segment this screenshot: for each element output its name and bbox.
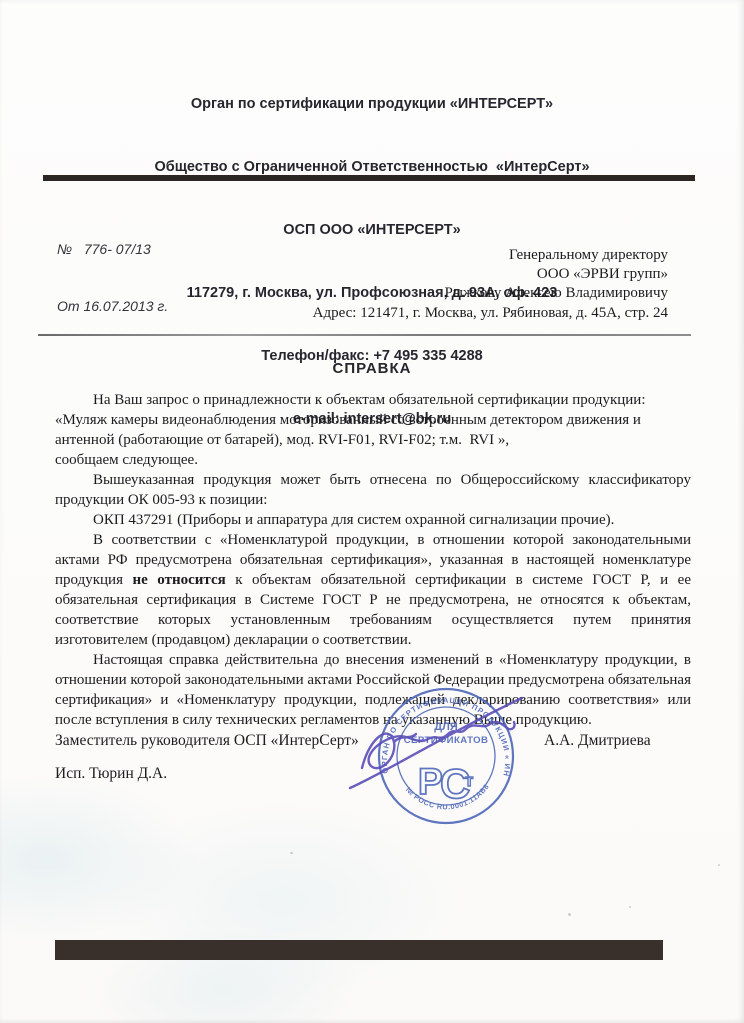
body-paragraph-1-line: «Муляж камеры видеонаблюдения моторизова… xyxy=(55,410,691,430)
letterhead-divider-bar xyxy=(43,175,695,181)
body-paragraph-3: ОКП 437291 (Приборы и аппаратура для сис… xyxy=(55,510,691,530)
reference-date: От 16.07.2013 г. xyxy=(57,297,168,316)
body-paragraph-1-line: сообщаем следующее. xyxy=(55,450,691,470)
body-paragraph-2: Вышеуказанная продукция может быть отнес… xyxy=(55,470,691,510)
document-body: На Ваш запрос о принадлежности к объекта… xyxy=(55,390,691,730)
signer-name: А.А. Дмитриева xyxy=(544,732,651,750)
recipient-line: ООО «ЭРВИ групп» xyxy=(313,265,668,284)
org-name-line: Орган по сертификации продукции «ИНТЕРСЕ… xyxy=(0,94,744,115)
recipient-address: Адрес: 121471, г. Москва, ул. Рябиновая,… xyxy=(313,304,668,323)
signer-position-title: Заместитель руководителя ОСП «ИнтерСерт» xyxy=(55,732,359,750)
recipient-block: Генеральному директору ООО «ЭРВИ групп» … xyxy=(313,246,668,323)
thin-divider-line xyxy=(38,334,691,336)
scan-speck xyxy=(718,864,720,866)
scanned-letter-page: Орган по сертификации продукции «ИНТЕРСЕ… xyxy=(0,0,744,1023)
body-paragraph-4: В соответствии с «Номенклатурой продукци… xyxy=(55,530,691,650)
body-paragraph-1-line: антенной (работающие от батарей), мод. R… xyxy=(55,430,691,450)
bottom-scan-bar xyxy=(55,940,663,960)
handwritten-signature xyxy=(336,684,536,799)
body-paragraph-1-line: На Ваш запрос о принадлежности к объекта… xyxy=(55,390,691,410)
executor-name: Исп. Тюрин Д.А. xyxy=(55,765,167,783)
recipient-line: Генеральному директору xyxy=(313,246,668,265)
scan-speck xyxy=(290,852,293,854)
reference-number: № 776- 07/13 xyxy=(57,240,168,259)
scan-speck xyxy=(629,906,631,908)
document-title: СПРАВКА xyxy=(0,360,744,377)
reference-block: № 776- 07/13 От 16.07.2013 г. xyxy=(57,202,168,354)
paragraph-4-bold-phrase: не относится xyxy=(132,572,225,588)
recipient-line: Рыжкову Алексею Владимировичу xyxy=(313,284,668,303)
scan-speck xyxy=(568,913,571,916)
